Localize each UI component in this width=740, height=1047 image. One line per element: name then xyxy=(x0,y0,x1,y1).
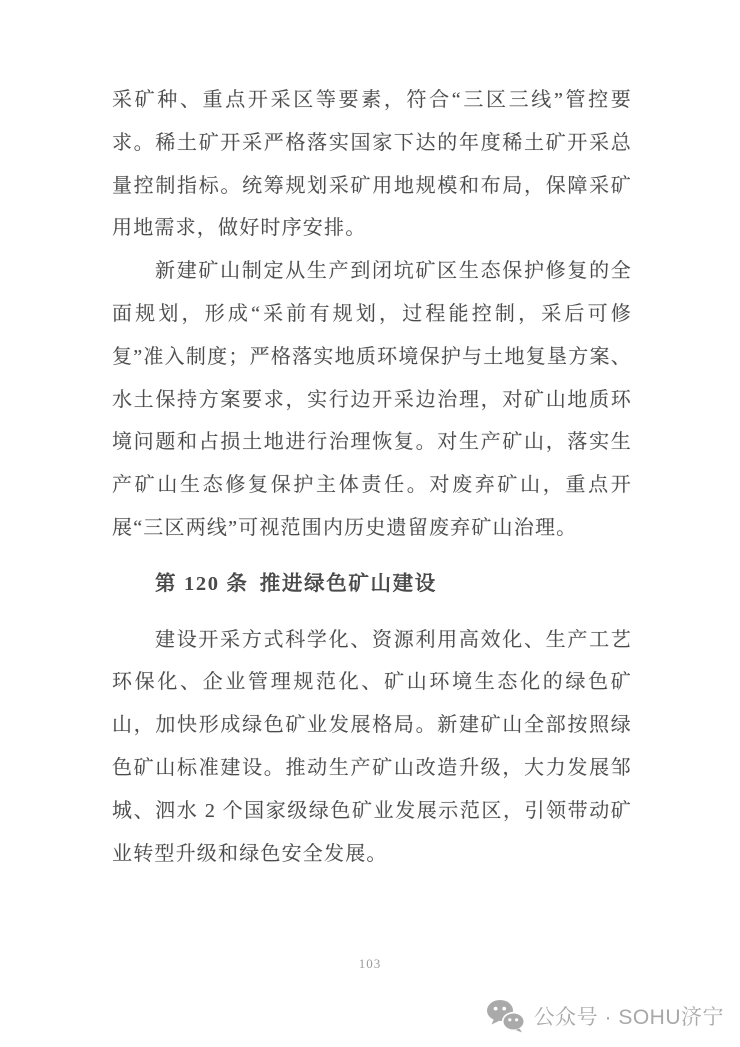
article-heading: 第 120 条推进绿色矿山建设 xyxy=(112,563,632,606)
article-title: 推进绿色矿山建设 xyxy=(260,573,437,595)
page-body: 采矿种、重点开采区等要素，符合“三区三线”管控要求。稀土矿开采严格落实国家下达的… xyxy=(112,79,632,875)
body-paragraph: 采矿种、重点开采区等要素，符合“三区三线”管控要求。稀土矿开采严格落实国家下达的… xyxy=(112,79,632,250)
body-paragraph: 建设开采方式科学化、资源利用高效化、生产工艺环保化、企业管理规范化、矿山环境生态… xyxy=(112,619,632,876)
wechat-watermark: 公众号 · SOHU济宁 xyxy=(486,999,724,1033)
article-number: 第 120 条 xyxy=(155,573,248,595)
document-page: 采矿种、重点开采区等要素，符合“三区三线”管控要求。稀土矿开采严格落实国家下达的… xyxy=(0,0,740,1047)
page-number: 103 xyxy=(0,956,740,972)
body-paragraph: 新建矿山制定从生产到闭坑矿区生态保护修复的全面规划，形成“采前有规划，过程能控制… xyxy=(112,250,632,550)
watermark-label: 公众号 · SOHU济宁 xyxy=(534,1001,724,1031)
wechat-icon xyxy=(486,999,526,1033)
